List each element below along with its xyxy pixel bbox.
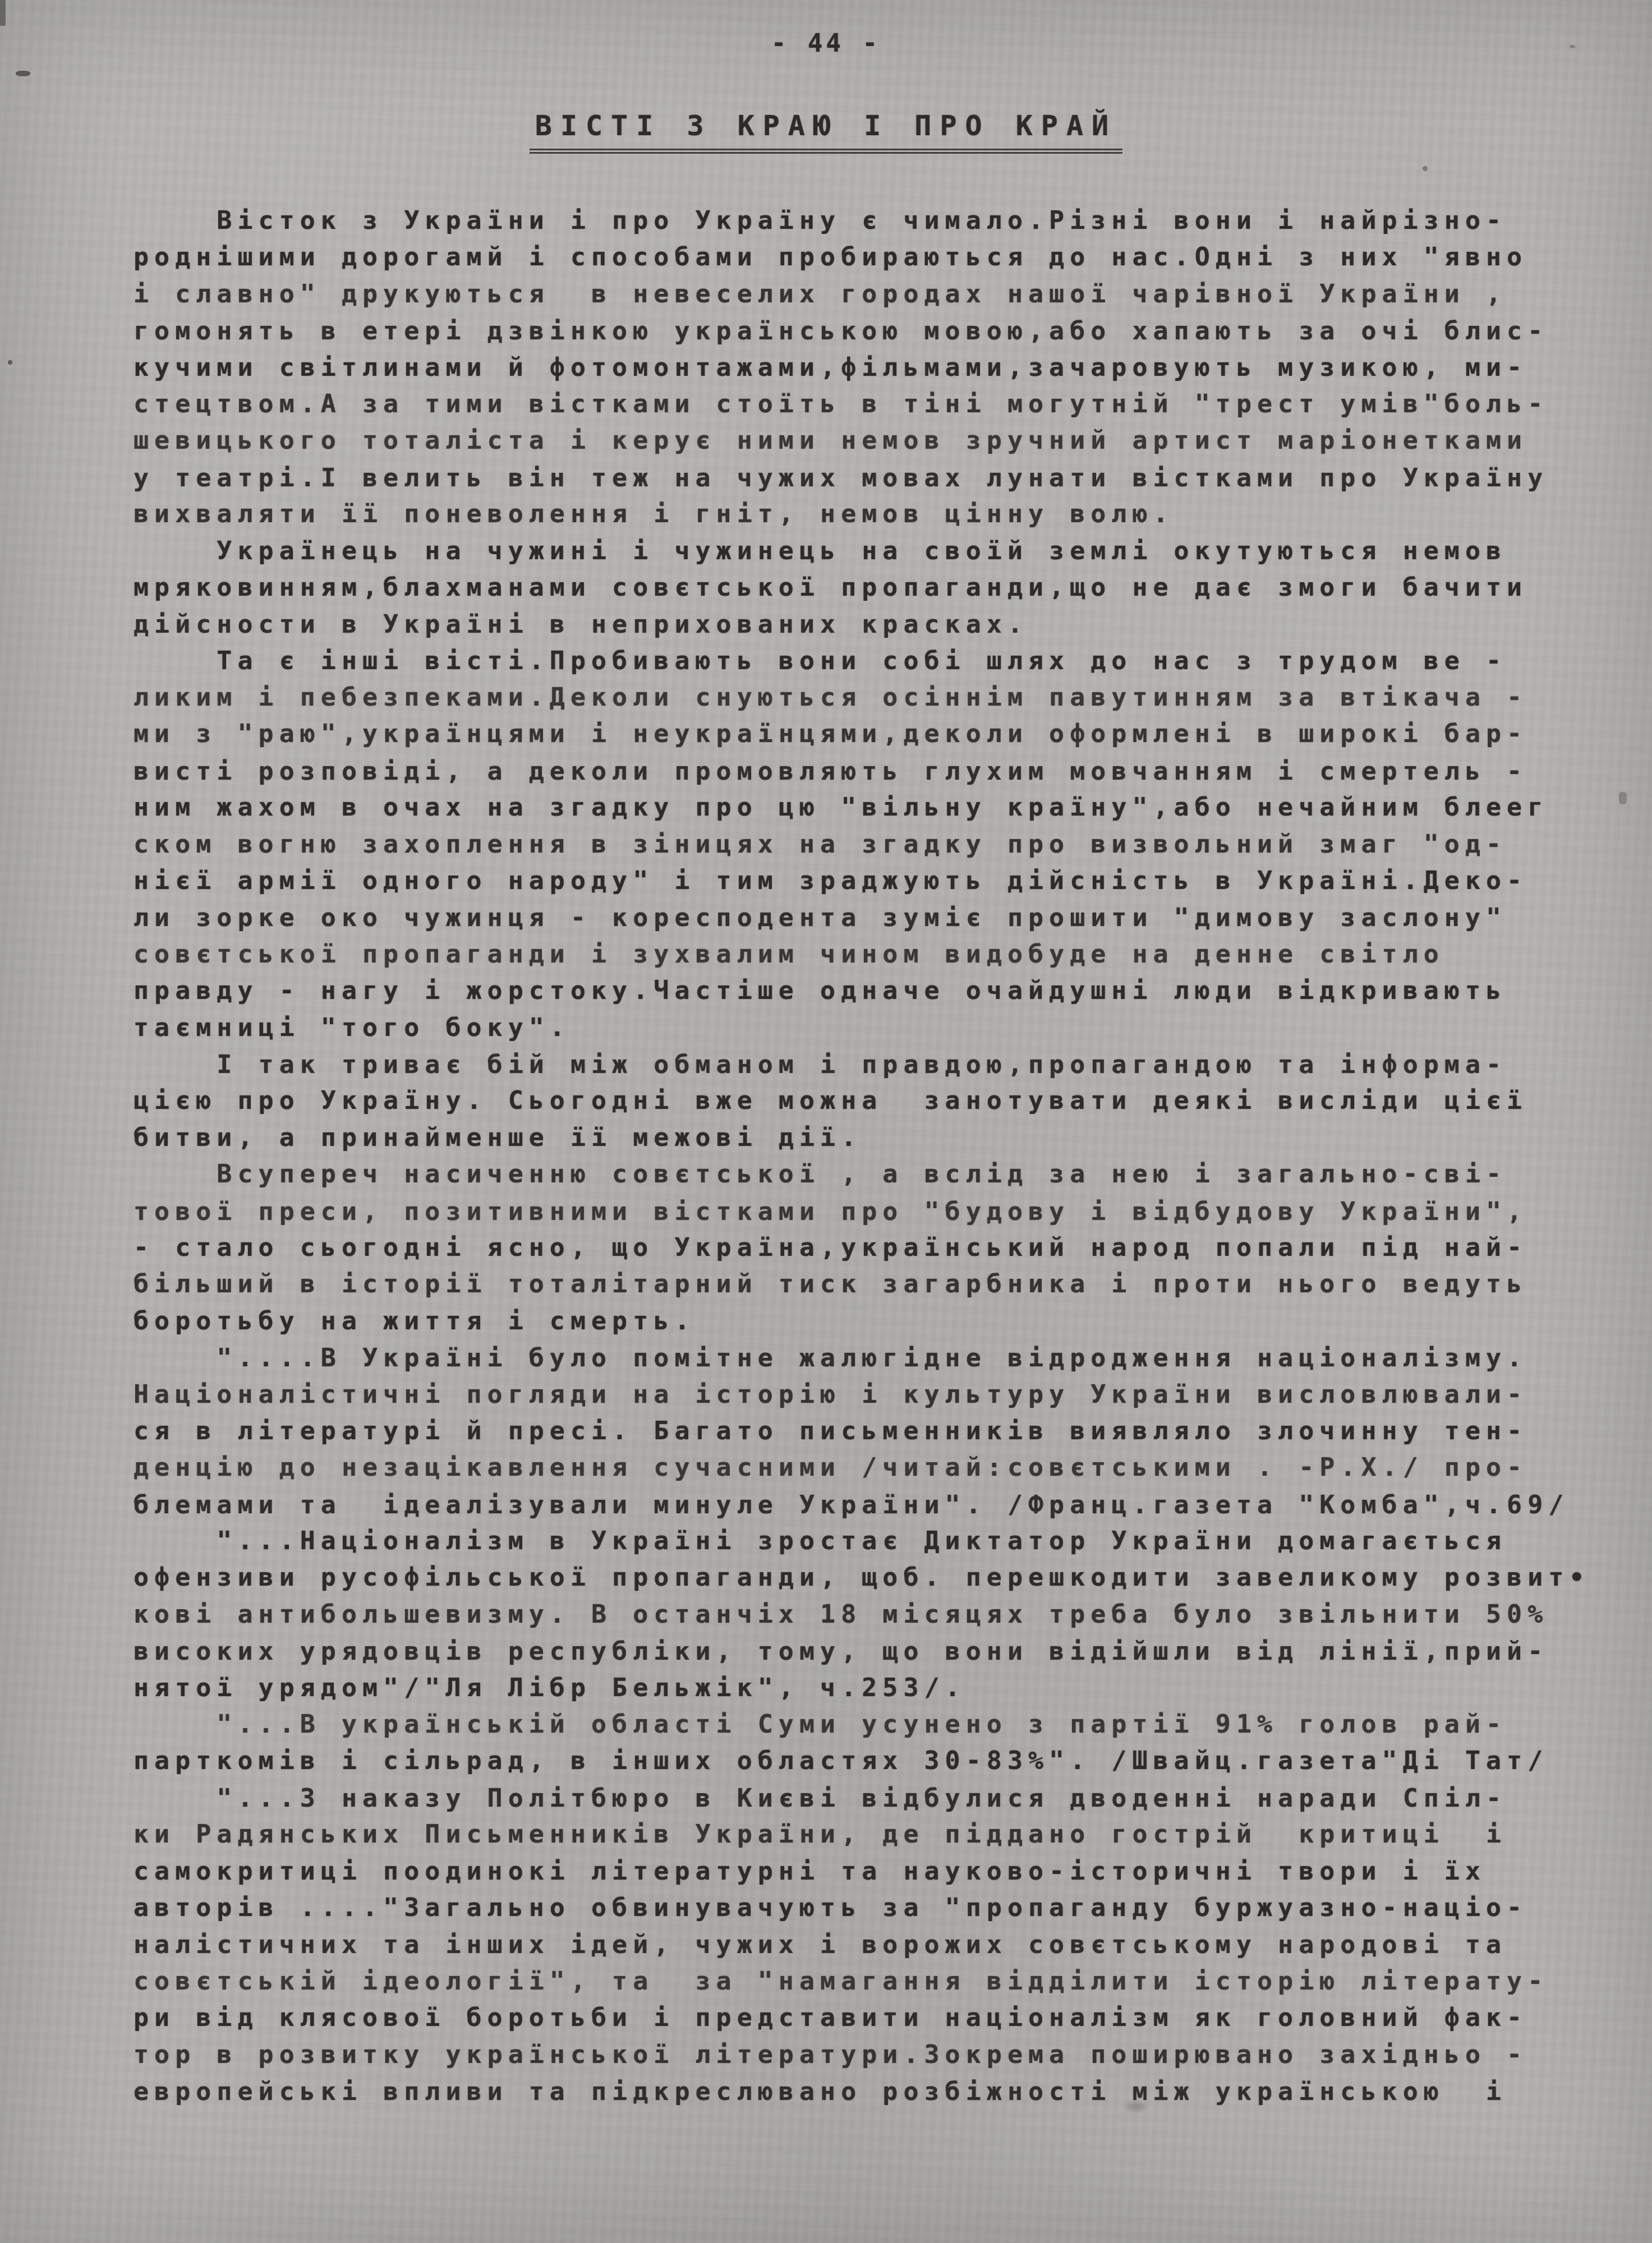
text-line: ликим і пебезпеками.Деколи снуються осін…	[134, 679, 1618, 715]
text-line: цією про Україну. Сьогодні вже можна зан…	[134, 1082, 1618, 1118]
text-line: парткомів і сільрад, в інших областях 30…	[134, 1742, 1618, 1779]
text-line: тор в розвитку української літератури.Зо…	[134, 2036, 1618, 2072]
dust-speck	[8, 360, 12, 365]
text-line: і славно" друкуються в невеселих городах…	[134, 275, 1618, 312]
text-line: "...Націоналізм в Україні зростає Диктат…	[134, 1522, 1618, 1559]
text-line: - стало сьогодні ясно, що Україна,україн…	[134, 1229, 1618, 1265]
text-line: Всупереч насиченню совєтської , а вслід …	[134, 1155, 1618, 1192]
text-line: високих урядовців республіки, тому, що в…	[134, 1633, 1618, 1669]
text-line: "....В Україні було помітне жалюгідне ві…	[134, 1339, 1618, 1376]
text-line: дійсности в Україні в неприхованих краск…	[134, 606, 1618, 642]
scanned-page: - 44 - ВІСТІ З КРАЮ І ПРО КРАЙ Вісток з …	[0, 0, 1652, 2243]
text-line: европейські впливи та підкреслювано розб…	[134, 2073, 1618, 2110]
text-line: ми з "раю",українцями і неукраїнцями,дек…	[134, 715, 1618, 752]
page-number: - 44 -	[0, 0, 1652, 58]
text-line: "...В українській області Суми усунено з…	[134, 1706, 1618, 1742]
text-line: стецтвом.А за тими вістками стоїть в тін…	[134, 385, 1618, 422]
text-line: Націоналістичні погляди на історію і кул…	[134, 1376, 1618, 1412]
dust-speck	[16, 71, 30, 76]
text-line: ся в літературі й пресі. Багато письменн…	[134, 1412, 1618, 1449]
text-line: кучими світлинами й фотомонтажами,фільма…	[134, 349, 1618, 385]
scan-edge-artifact	[0, 0, 6, 26]
body-text: Вісток з України і про Україну є чимало.…	[134, 202, 1618, 2109]
text-line: налістичних та інших ідей, чужих і ворож…	[134, 1926, 1618, 1963]
text-line: Та є інші вісті.Пробивають вони собі шля…	[134, 642, 1618, 679]
text-line: ним жахом в очах на згадку про цю "вільн…	[134, 789, 1618, 825]
dust-speck	[1570, 45, 1575, 48]
dust-speck	[241, 590, 245, 593]
text-line: ском вогню захоплення в зіницях на згадк…	[134, 826, 1618, 862]
smudge	[1126, 2102, 1145, 2111]
dust-speck	[1619, 792, 1627, 804]
text-line: таємниці "того боку".	[134, 1009, 1618, 1045]
text-line: правду - нагу і жорстоку.Частіше одначе …	[134, 972, 1618, 1008]
text-line: висті розповіді, а деколи промовляють гл…	[134, 753, 1618, 789]
text-line: блемами та ідеалізували минуле України".…	[134, 1486, 1618, 1523]
text-line: роднішими дорогамй і способами пробирают…	[134, 238, 1618, 275]
text-line: шевицького тоталіста і керує ними немов …	[134, 422, 1618, 458]
text-line: совєтській ідеології", та за "намагання …	[134, 1963, 1618, 1999]
text-line: боротьбу на життя і смерть.	[134, 1302, 1618, 1339]
dust-speck	[1423, 166, 1428, 171]
text-line: совєтської пропаганди і зухвалим чином в…	[134, 936, 1618, 972]
page-title: ВІСТІ З КРАЮ І ПРО КРАЙ	[530, 109, 1122, 154]
text-line: денцію до незацікавлення сучасними /чита…	[134, 1449, 1618, 1485]
title-row: ВІСТІ З КРАЮ І ПРО КРАЙ	[0, 109, 1652, 154]
text-line: І так триває бій між обманом і правдою,п…	[134, 1046, 1618, 1083]
text-line: кові антибольшевизму. В останчіх 18 міся…	[134, 1596, 1618, 1632]
text-line: ри від клясової боротьби і представити н…	[134, 1999, 1618, 2035]
text-line: мряковинням,блахманами совєтської пропаг…	[134, 569, 1618, 605]
text-line: у театрі.І велить він теж на чужих мовах…	[134, 459, 1618, 496]
text-line: вихваляти її поневолення і гніт, немов ц…	[134, 495, 1618, 532]
text-line: Українець на чужині і чужинець на своїй …	[134, 532, 1618, 569]
text-line: офензиви русофільської пропаганди, щоб. …	[134, 1559, 1618, 1595]
text-line: авторів ...."Загально обвинувачують за "…	[134, 1889, 1618, 1926]
text-line: гомонять в етері дзвінкою українською мо…	[134, 312, 1618, 349]
text-line: тової преси, позитивними вістками про "б…	[134, 1193, 1618, 1229]
text-line: "...З наказу Політбюро в Києві відбулися…	[134, 1780, 1618, 1816]
text-line: нятої урядом"/"Ля Лібр Бельжік", ч.253/.	[134, 1669, 1618, 1706]
text-line: Вісток з України і про Україну є чимало.…	[134, 202, 1618, 238]
text-line: ки Радянських Письменників України, де п…	[134, 1816, 1618, 1852]
text-line: ли зорке око чужинця - коресподента зумі…	[134, 899, 1618, 936]
text-line: битви, а принайменше її межові дії.	[134, 1119, 1618, 1155]
text-line: самокритиці поодинокі літературні та нау…	[134, 1853, 1618, 1889]
text-line: нієї армії одного народу" і тим зраджуют…	[134, 862, 1618, 899]
text-line: більший в історії тоталітарний тиск зага…	[134, 1265, 1618, 1302]
